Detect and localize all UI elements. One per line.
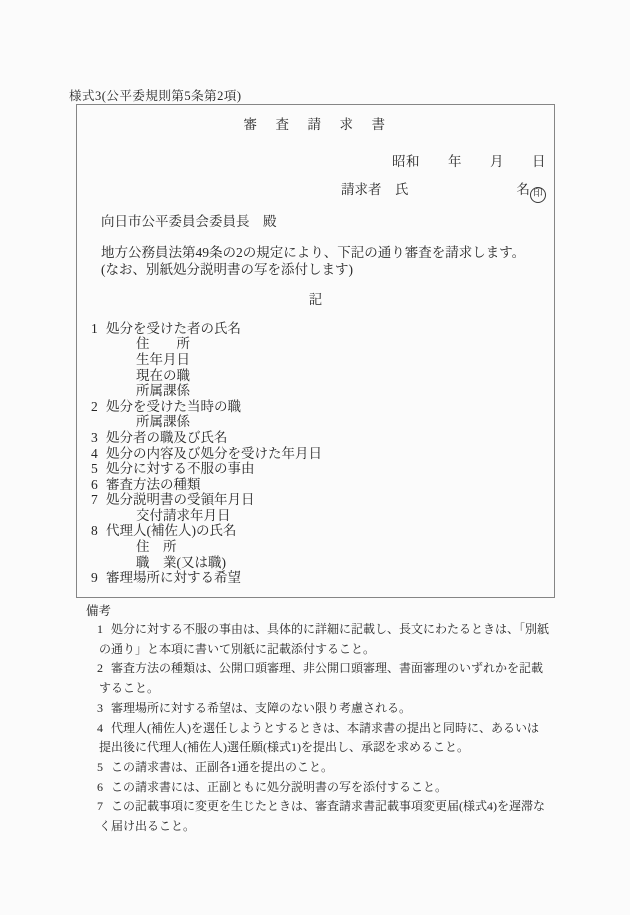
claimant-name-label: 請求者 氏 名 [341, 182, 530, 197]
document-page: 様式3(公平委規則第5条第2項) 審 査 請 求 書 昭和 年 月 日 請求者 … [0, 0, 630, 915]
item-text: 代理人(補佐人)の氏名 [106, 523, 237, 538]
item-text: 処分を受けた者の氏名 [106, 321, 241, 336]
remark-number: 5 [97, 758, 111, 778]
remark-line: すること。 [99, 679, 618, 699]
form-title: 審 査 請 求 書 [77, 117, 554, 133]
remark-line: 提出後に代理人(補佐人)選任願(様式1)を提出し、承認を求めること。 [99, 738, 618, 758]
item-number: 4 [91, 446, 106, 462]
item-text: 住 所 [136, 336, 190, 351]
remark-text: 審理場所に対する希望は、支障のない限り考慮される。 [111, 701, 411, 715]
remark-text: 代理人(補佐人)を選任しようとするときは、本請求書の提出と同時に、あるいは [111, 721, 539, 735]
item-text: 処分者の職及び氏名 [106, 430, 228, 445]
remark-number: 6 [97, 778, 111, 798]
remark-line: く届け出ること。 [99, 817, 618, 837]
remark-line: 5この請求書は、正副各1通を提出のこと。 [97, 758, 618, 778]
item-text: 生年月日 [136, 352, 190, 367]
form-items-list: 1処分を受けた者の氏名 住 所 生年月日 現在の職 所属課係 2処分を受けた当時… [77, 321, 554, 586]
request-form-box: 審 査 請 求 書 昭和 年 月 日 請求者 氏 名印 向日市公平委員会委員長 … [76, 104, 555, 598]
item-text: 審査方法の種類 [106, 477, 201, 492]
form-item-line: 現在の職 [77, 368, 554, 384]
item-text: 処分を受けた当時の職 [106, 399, 241, 414]
item-text: 所属課係 [136, 414, 190, 429]
form-item-line: 生年月日 [77, 352, 554, 368]
item-text: 所属課係 [136, 383, 190, 398]
form-item-line: 5処分に対する不服の事由 [77, 461, 554, 477]
remark-number: 3 [97, 699, 111, 719]
remark-line: 6この請求書には、正副ともに処分説明書の写を添付すること。 [97, 778, 618, 798]
body-paragraph-line: 地方公務員法第49条の2の規定により、下記の通り審査を請求します。 [101, 244, 554, 261]
remark-line: 4代理人(補佐人)を選任しようとするときは、本請求書の提出と同時に、あるいは [97, 719, 618, 739]
remark-text: この請求書には、正副ともに処分説明書の写を添付すること。 [111, 780, 447, 794]
ki-heading: 記 [77, 292, 554, 308]
item-text: 処分に対する不服の事由 [106, 461, 255, 476]
remark-text: この請求書は、正副各1通を提出のこと。 [111, 760, 333, 774]
item-text: 審理場所に対する希望 [106, 570, 241, 585]
remark-text: の通り」と本項に書いて別紙に記載添付すること。 [99, 642, 375, 656]
addressee-line: 向日市公平委員会委員長 殿 [77, 214, 554, 230]
remark-text: 処分に対する不服の事由は、具体的に詳細に記載し、長文にわたるときは、「別紙 [111, 622, 549, 636]
remark-line: 2審査方法の種類は、公開口頭審理、非公開口頭審理、書面審理のいずれかを記載 [97, 659, 618, 679]
item-number: 9 [91, 570, 106, 586]
date-line: 昭和 年 月 日 [77, 154, 554, 170]
form-item-line: 所属課係 [77, 414, 554, 430]
form-item-line: 職 業(又は職) [77, 555, 554, 571]
form-item-line: 4処分の内容及び処分を受けた年月日 [77, 446, 554, 462]
remark-number: 4 [97, 719, 111, 739]
form-item-line: 住 所 [77, 539, 554, 555]
form-item-line: 所属課係 [77, 383, 554, 399]
form-item-line: 2処分を受けた当時の職 [77, 399, 554, 415]
remark-line: の通り」と本項に書いて別紙に記載添付すること。 [99, 640, 618, 660]
item-text: 住 所 [136, 539, 177, 554]
body-paragraph: 地方公務員法第49条の2の規定により、下記の通り審査を請求します。 (なお、別紙… [77, 244, 554, 278]
remarks-section: 備考 1処分に対する不服の事由は、具体的に詳細に記載し、長文にわたるときは、「別… [86, 602, 618, 837]
item-text: 現在の職 [136, 368, 190, 383]
item-text: 処分説明書の受領年月日 [106, 492, 255, 507]
item-number: 7 [91, 492, 106, 508]
remark-number: 2 [97, 659, 111, 679]
item-number: 2 [91, 399, 106, 415]
remark-text: 提出後に代理人(補佐人)選任願(様式1)を提出し、承認を求めること。 [99, 740, 469, 754]
item-text: 交付請求年月日 [136, 508, 231, 523]
remarks-label: 備考 [86, 602, 618, 620]
item-text: 処分の内容及び処分を受けた年月日 [106, 446, 322, 461]
remark-number: 7 [97, 797, 111, 817]
remarks-list: 1処分に対する不服の事由は、具体的に詳細に記載し、長文にわたるときは、「別紙 の… [86, 620, 618, 837]
form-item-line: 交付請求年月日 [77, 508, 554, 524]
seal-mark-icon: 印 [530, 187, 546, 203]
remark-number: 1 [97, 620, 111, 640]
seal-character: 印 [533, 190, 543, 200]
form-item-line: 8代理人(補佐人)の氏名 [77, 523, 554, 539]
claimant-line: 請求者 氏 名印 [77, 182, 554, 203]
item-number: 8 [91, 523, 106, 539]
body-paragraph-line: (なお、別紙処分説明書の写を添付します) [101, 261, 554, 278]
form-item-line: 3処分者の職及び氏名 [77, 430, 554, 446]
remark-text: く届け出ること。 [99, 819, 195, 833]
item-number: 6 [91, 477, 106, 493]
item-number: 3 [91, 430, 106, 446]
remark-text: 審査方法の種類は、公開口頭審理、非公開口頭審理、書面審理のいずれかを記載 [111, 661, 543, 675]
form-item-line: 1処分を受けた者の氏名 [77, 321, 554, 337]
remark-line: 1処分に対する不服の事由は、具体的に詳細に記載し、長文にわたるときは、「別紙 [97, 620, 618, 640]
remark-text: すること。 [99, 681, 159, 695]
form-item-line: 住 所 [77, 336, 554, 352]
remark-text: この記載事項に変更を生じたときは、審査請求書記載事項変更届(様式4)を遅滞な [111, 799, 545, 813]
item-text: 職 業(又は職) [136, 555, 226, 570]
remark-line: 3審理場所に対する希望は、支障のない限り考慮される。 [97, 699, 618, 719]
form-item-line: 6審査方法の種類 [77, 477, 554, 493]
form-item-line: 9審理場所に対する希望 [77, 570, 554, 586]
form-item-line: 7処分説明書の受領年月日 [77, 492, 554, 508]
form-number-label: 様式3(公平委規則第5条第2項) [69, 86, 242, 104]
item-number: 1 [91, 321, 106, 337]
remark-line: 7この記載事項に変更を生じたときは、審査請求書記載事項変更届(様式4)を遅滞な [97, 797, 618, 817]
item-number: 5 [91, 461, 106, 477]
